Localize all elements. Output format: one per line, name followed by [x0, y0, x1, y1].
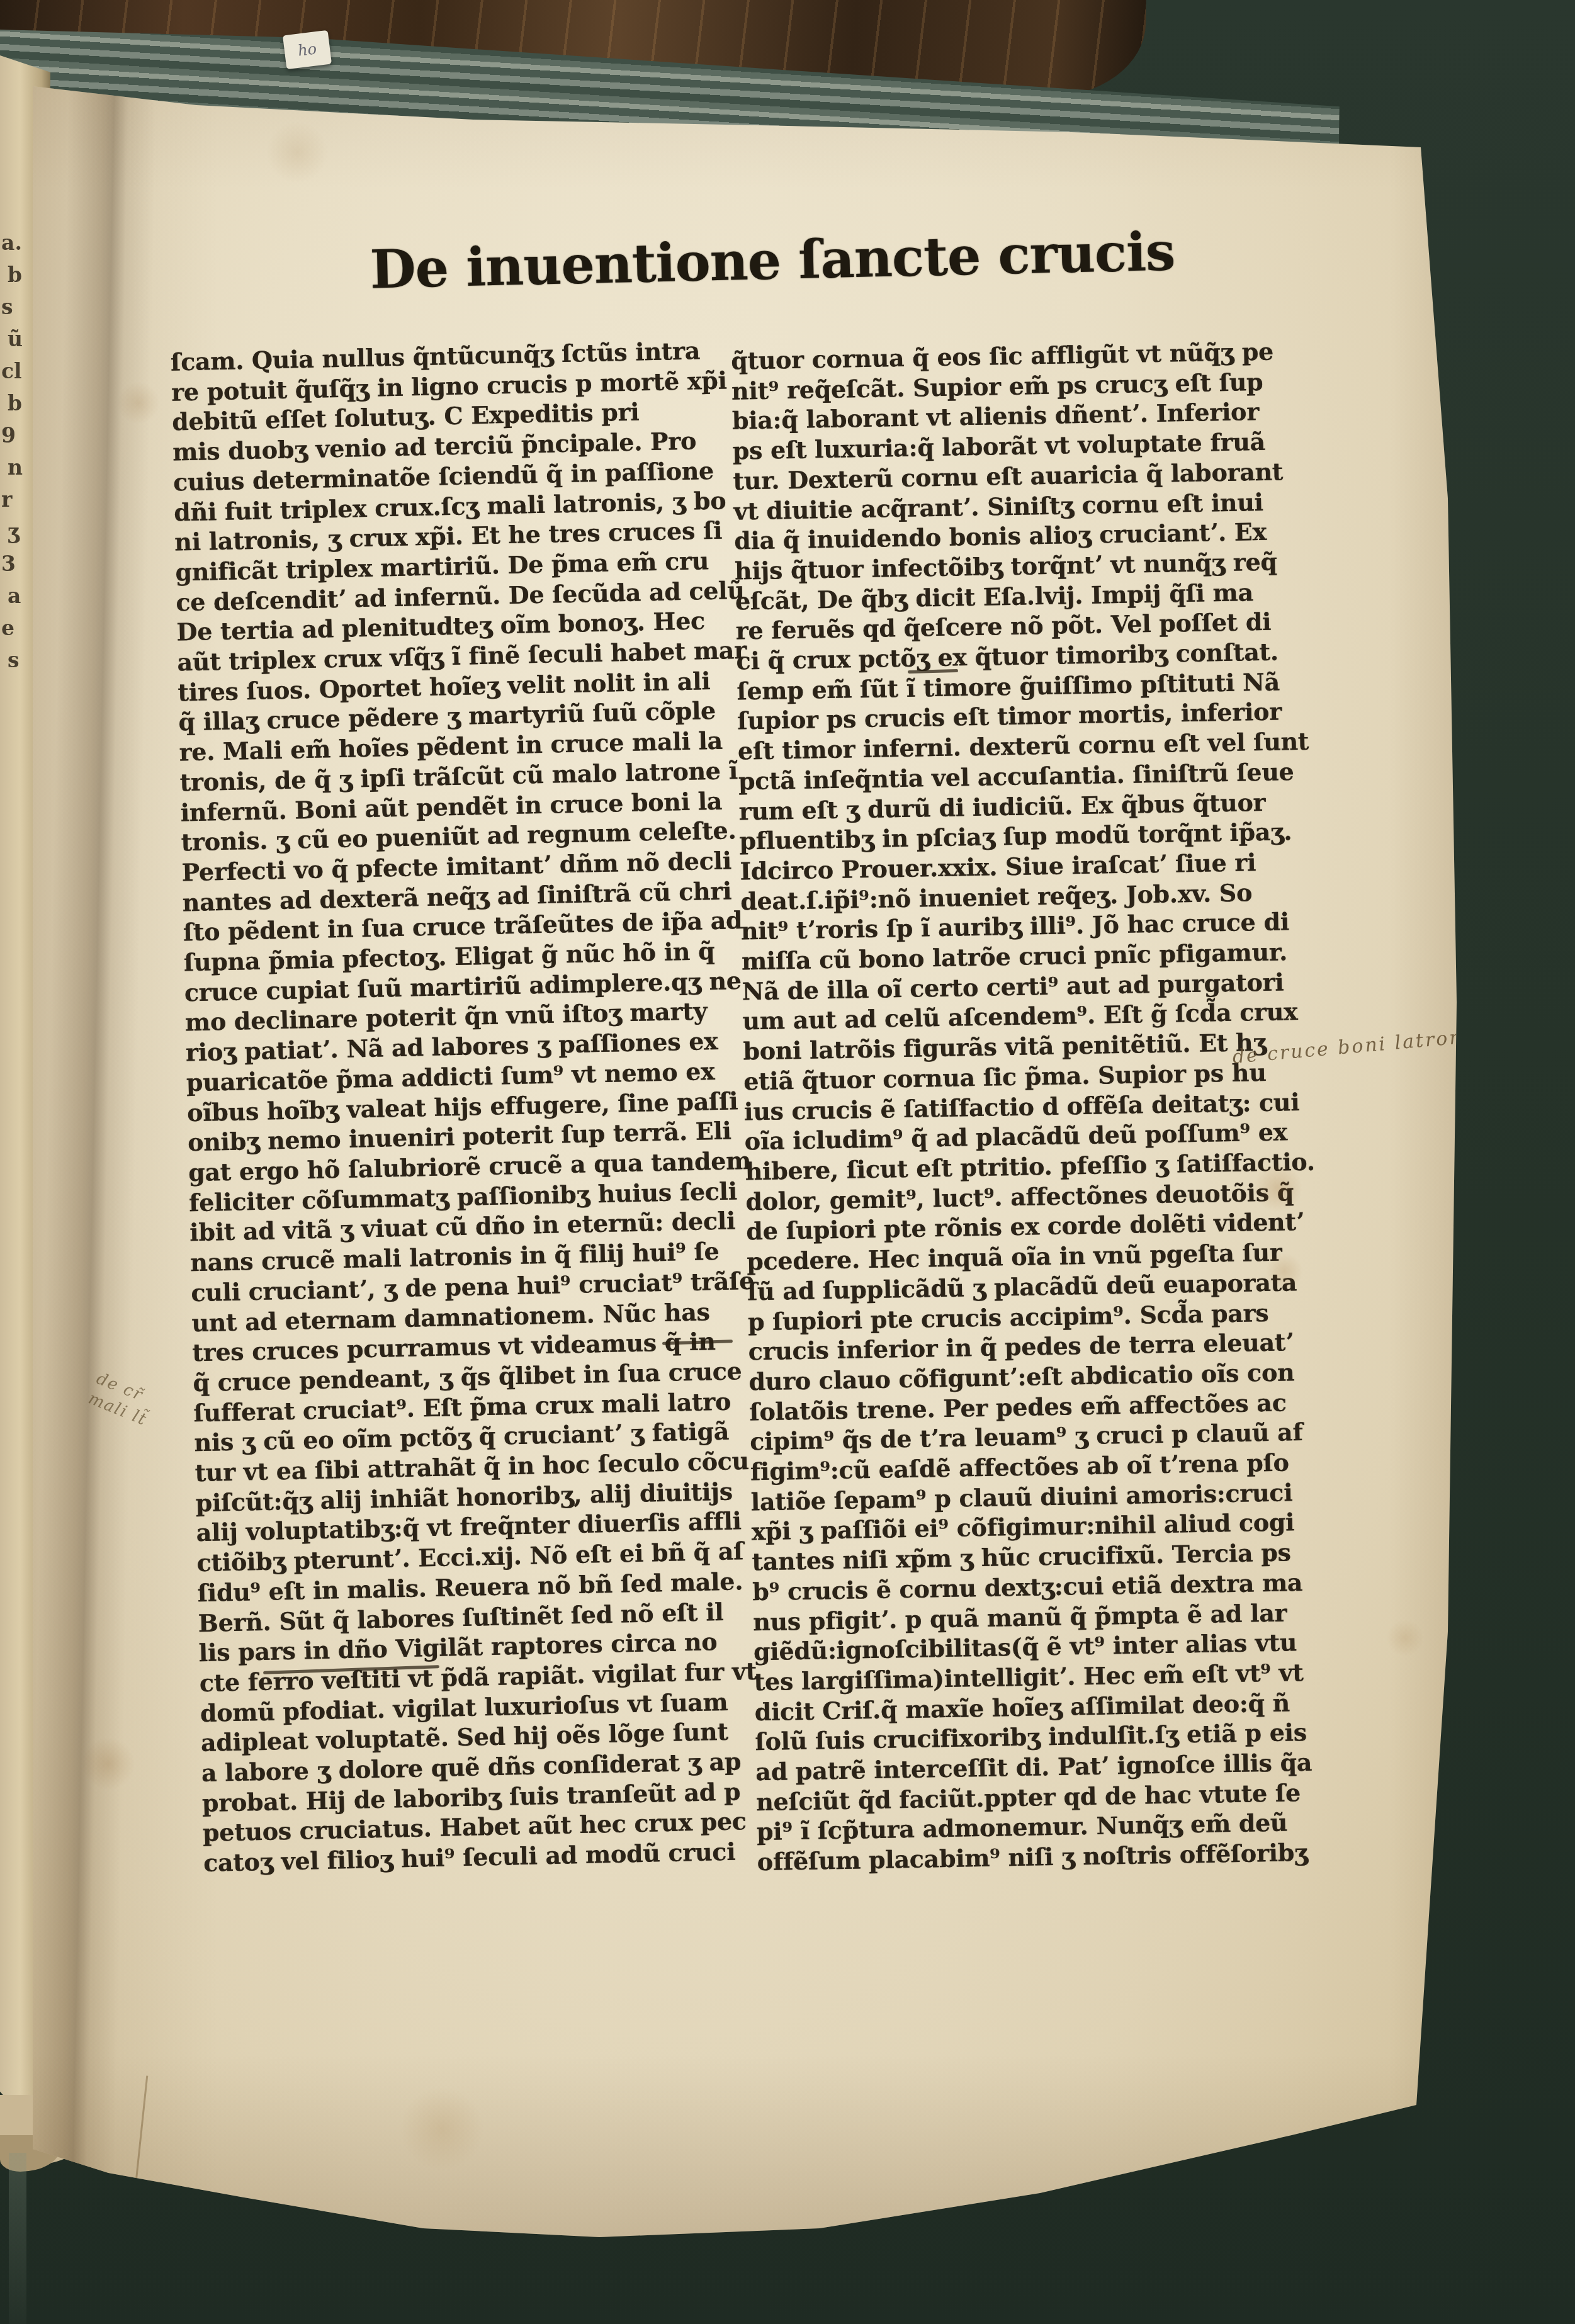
edge-letter: a. [1, 232, 30, 254]
edge-letters: a.bsũclb9nrʒ3aes [1, 232, 30, 672]
edge-letter: s [1, 296, 30, 319]
edge-letter: ũ [8, 328, 30, 351]
edge-letter: n [8, 456, 30, 479]
gutter-shadow [26, 58, 157, 2218]
photo-background: ho a.bsũclb9nrʒ3aes De inuentione ſancte… [0, 0, 1575, 2324]
book-page: De inuentione ſancte crucis ſcam. Quia n… [33, 58, 1462, 2252]
edge-letter: r [1, 488, 30, 511]
edge-letter: 3 [1, 553, 30, 575]
table-edge-streak [9, 2153, 26, 2324]
edge-letter: e [1, 617, 30, 640]
column-right: q̃tuor cornua q̃ eos ſic affligũt vt nũq… [731, 337, 1297, 1877]
bookmark-tab: ho [283, 30, 332, 69]
edge-letter: 9 [1, 424, 30, 447]
edge-letter: b [8, 392, 30, 415]
edge-letter: b [8, 264, 30, 286]
page-title: De inuentione ſancte crucis [359, 220, 1185, 301]
column-left: ſcam. Quia nullus q̃ntũcunq̃ʒ ſctũs intr… [171, 336, 744, 1878]
page-crease [131, 2075, 149, 2223]
edge-letter: a [8, 585, 30, 607]
edge-letter: cl [1, 360, 30, 383]
edge-letter: ʒ [8, 521, 30, 543]
bookmark-tab-mark: ho [296, 40, 317, 59]
edge-letter: s [8, 649, 30, 672]
